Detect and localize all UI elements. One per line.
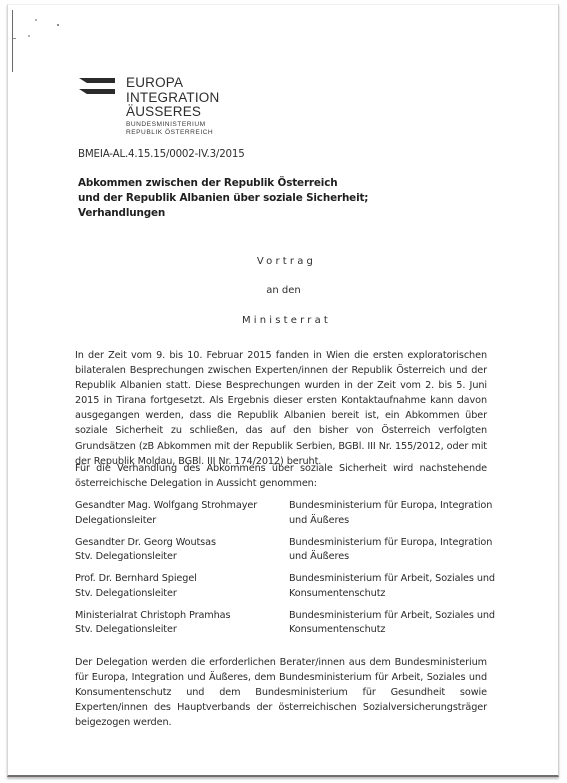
ministry-line: Bundesministerium für Arbeit, Soziales u… — [289, 609, 509, 624]
delegate-name: Prof. Dr. Bernhard Spiegel — [75, 572, 285, 587]
ministry-line: Bundesministerium für Arbeit, Soziales u… — [289, 572, 509, 587]
austrian-flag-bars-icon — [79, 78, 115, 94]
delegate-name: Gesandter Dr. Georg Woutsas — [75, 536, 285, 551]
scan-speck — [28, 35, 30, 37]
delegate-role: Delegationsleiter — [75, 514, 285, 529]
subject-line: Abkommen zwischen der Republik Österreic… — [78, 176, 368, 191]
logo-line-republik: REPUBLIK ÖSTERREICH — [126, 130, 219, 137]
paragraph-closing: Der Delegation werden die erforderlichen… — [75, 655, 487, 730]
ministry-line: Bundesministerium für Europa, Integratio… — [289, 499, 509, 514]
scan-margin-tick — [13, 38, 16, 39]
heading-an-den: an den — [0, 285, 567, 296]
delegate-person: Gesandter Dr. Georg Woutsas Stv. Delegat… — [75, 536, 285, 565]
delegate-row: Prof. Dr. Bernhard Spiegel Stv. Delegati… — [75, 572, 505, 609]
logo-bar-top — [79, 78, 115, 83]
ministry-line: und Äußeres — [289, 550, 509, 565]
delegate-ministry: Bundesministerium für Europa, Integratio… — [289, 499, 509, 528]
delegate-role: Stv. Delegationsleiter — [75, 587, 285, 602]
delegation-list: Gesandter Mag. Wolfgang Strohmayer Deleg… — [75, 499, 505, 645]
logo-line-integration: INTEGRATION — [126, 91, 219, 105]
subject-line: Verhandlungen — [78, 206, 368, 221]
scan-speck — [35, 19, 37, 21]
delegate-role: Stv. Delegationsleiter — [75, 550, 285, 565]
delegate-person: Prof. Dr. Bernhard Spiegel Stv. Delegati… — [75, 572, 285, 601]
delegate-person: Gesandter Mag. Wolfgang Strohmayer Deleg… — [75, 499, 285, 528]
logo-line-aeusseres: ÄUSSERES — [126, 105, 219, 119]
ministry-line: Konsumentenschutz — [289, 587, 509, 602]
logo-line-bundesministerium: BUNDESMINISTERIUM — [126, 122, 219, 129]
subject-line: und der Republik Albanien über soziale S… — [78, 191, 368, 206]
delegate-name: Ministerialrat Christoph Pramhas — [75, 609, 285, 624]
logo-bar-bottom — [79, 89, 115, 94]
ministry-line: Bundesministerium für Europa, Integratio… — [289, 536, 509, 551]
delegate-ministry: Bundesministerium für Arbeit, Soziales u… — [289, 609, 509, 638]
ministry-line: und Äußeres — [289, 514, 509, 529]
subject-heading: Abkommen zwischen der Republik Österreic… — [78, 176, 368, 221]
scan-speck — [57, 24, 59, 26]
delegate-row: Gesandter Mag. Wolfgang Strohmayer Deleg… — [75, 499, 505, 536]
delegate-ministry: Bundesministerium für Arbeit, Soziales u… — [289, 572, 509, 601]
heading-vortrag: Vortrag — [3, 256, 567, 267]
logo-wordmark: EUROPA INTEGRATION ÄUSSERES BUNDESMINIST… — [126, 76, 219, 137]
logo-line-europa: EUROPA — [126, 76, 219, 90]
delegate-row: Gesandter Dr. Georg Woutsas Stv. Delegat… — [75, 536, 505, 573]
heading-ministerrat: Ministerrat — [3, 315, 567, 326]
delegate-name: Gesandter Mag. Wolfgang Strohmayer — [75, 499, 285, 514]
ministry-line: Konsumentenschutz — [289, 623, 509, 638]
delegate-ministry: Bundesministerium für Europa, Integratio… — [289, 536, 509, 565]
paragraph-intro: In der Zeit vom 9. bis 10. Februar 2015 … — [75, 348, 487, 469]
delegate-role: Stv. Delegationsleiter — [75, 623, 285, 638]
scan-margin-mark — [12, 10, 13, 72]
delegate-row: Ministerialrat Christoph Pramhas Stv. De… — [75, 609, 505, 646]
delegate-person: Ministerialrat Christoph Pramhas Stv. De… — [75, 609, 285, 638]
ministry-logo: EUROPA INTEGRATION ÄUSSERES BUNDESMINIST… — [79, 76, 219, 137]
reference-number: BMEIA-AL.4.15.15/0002-IV.3/2015 — [78, 148, 245, 160]
paragraph-delegation-intro: Für die Verhandlung des Abkommens über s… — [75, 461, 487, 491]
